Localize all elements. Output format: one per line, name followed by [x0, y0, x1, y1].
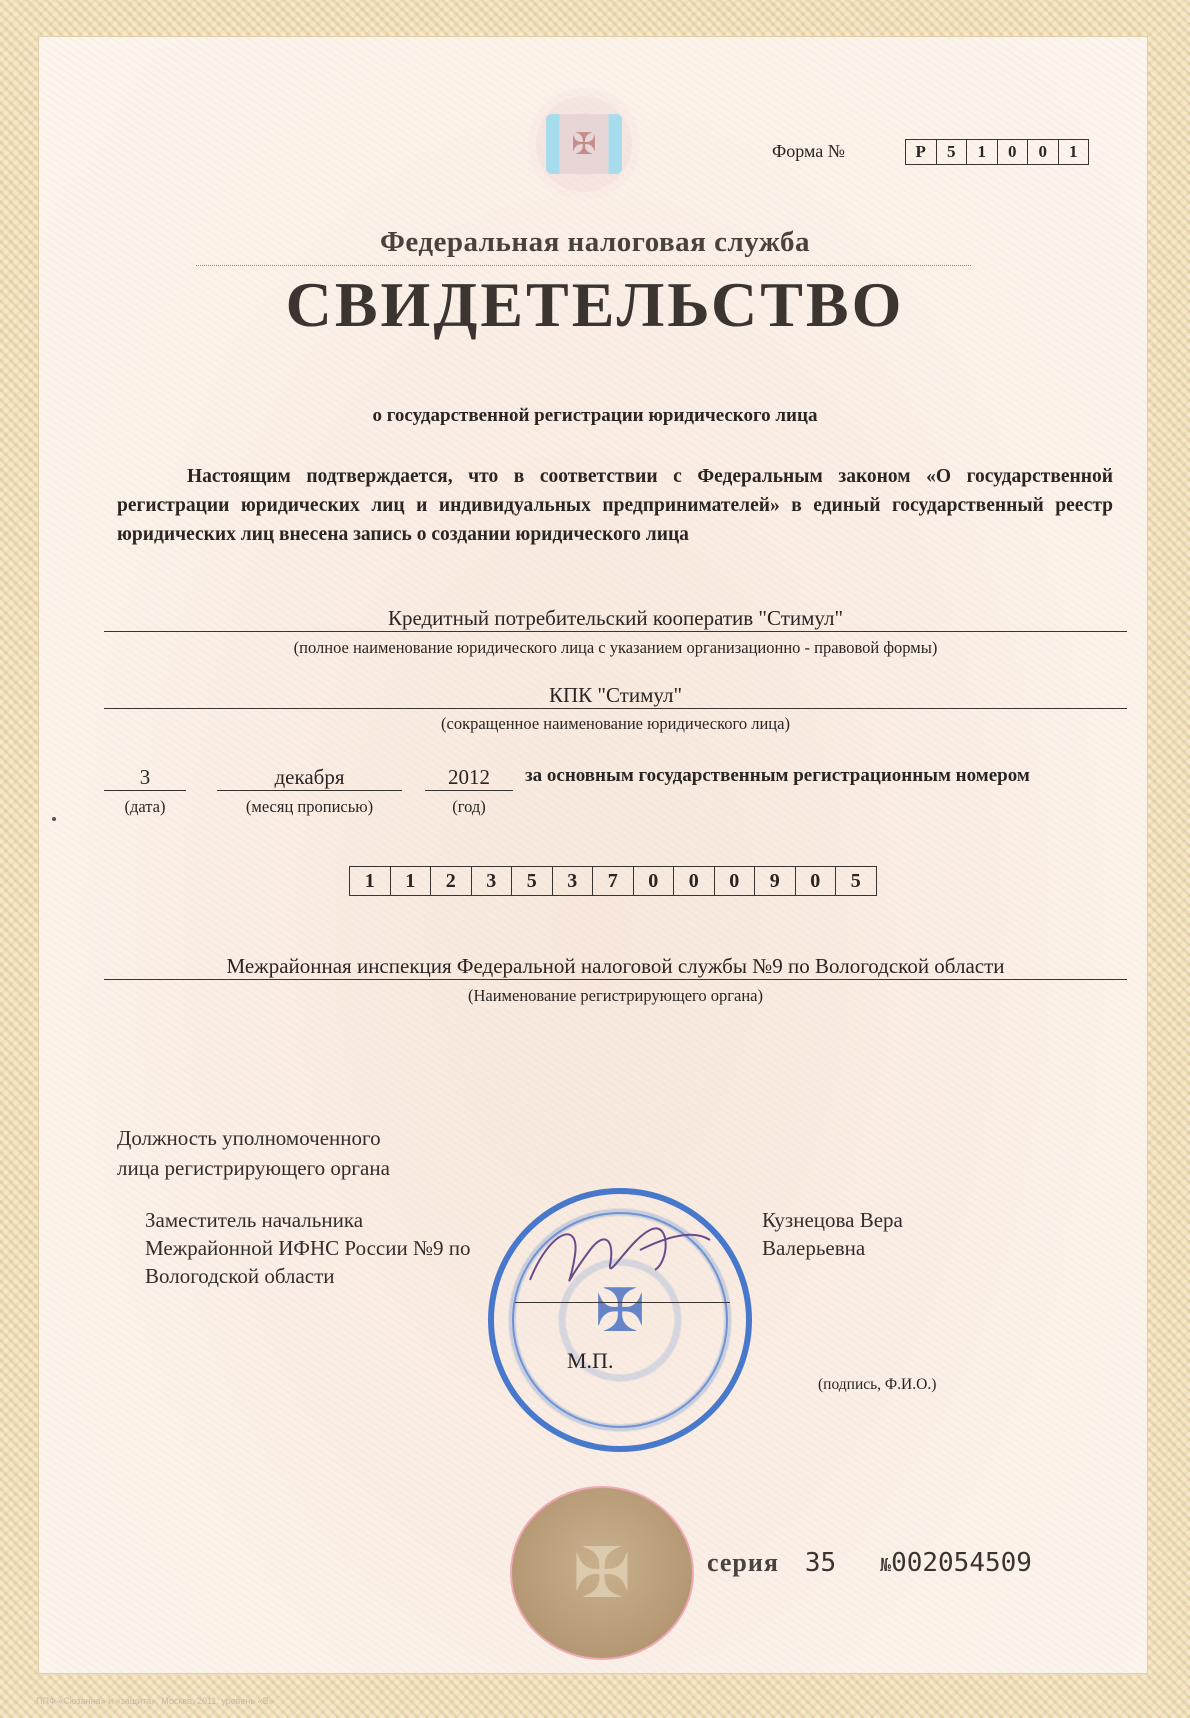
- stamp-place-label: М.П.: [567, 1348, 613, 1374]
- serial-number-value: №002054509: [880, 1548, 1032, 1578]
- ogrn-cell: 1: [391, 867, 432, 895]
- agency-name: Федеральная налоговая служба: [0, 226, 1190, 259]
- serial-series: 35: [805, 1548, 836, 1578]
- date-year-caption: (год): [425, 797, 513, 817]
- full-name-caption: (полное наименование юридического лица с…: [104, 638, 1127, 658]
- handwritten-signature-icon: [520, 1210, 720, 1310]
- registering-authority-field: Межрайонная инспекция Федеральной налого…: [104, 954, 1127, 980]
- form-cell: Р: [906, 140, 937, 164]
- date-day-caption: (дата): [104, 797, 186, 817]
- registering-authority-caption: (Наименование регистрирующего органа): [104, 986, 1127, 1006]
- ogrn-cell: 2: [431, 867, 472, 895]
- official-position-heading: Должность уполномоченного лица регистрир…: [117, 1123, 390, 1183]
- ogrn-cell: 3: [553, 867, 594, 895]
- ogrn-cell: 5: [512, 867, 553, 895]
- official-position: Заместитель начальника Межрайонной ИФНС …: [145, 1206, 471, 1290]
- certificate-title: СВИДЕТЕЛЬСТВО: [0, 268, 1190, 342]
- short-name-caption: (сокращенное наименование юридического л…: [104, 714, 1127, 734]
- date-year-field: 2012: [425, 765, 513, 791]
- date-month-field: декабря: [217, 765, 402, 791]
- short-name-field: КПК "Стимул": [104, 683, 1127, 709]
- ogrn-cell: 0: [796, 867, 837, 895]
- official-name: Кузнецова Вера Валерьевна: [762, 1206, 903, 1262]
- scan-dot: [52, 817, 56, 821]
- printer-note: ППФ «Сюзанна» и «защита», Москва, 2011, …: [36, 1696, 274, 1706]
- full-name-field: Кредитный потребительский кооператив "Ст…: [104, 606, 1127, 632]
- serial-number: серия 35 №002054509: [707, 1548, 1032, 1578]
- ogrn-cell: 5: [836, 867, 876, 895]
- signature-caption: (подпись, Ф.И.О.): [818, 1376, 936, 1394]
- form-number-label: Форма №: [772, 141, 845, 162]
- form-cell: 5: [937, 140, 968, 164]
- certificate-subtitle: о государственной регистрации юридическо…: [0, 405, 1190, 427]
- form-cell: 1: [967, 140, 998, 164]
- ogrn-cell: 9: [755, 867, 796, 895]
- confirmation-paragraph: Настоящим подтверждается, что в соответс…: [117, 462, 1113, 549]
- ogrn-cell: 0: [674, 867, 715, 895]
- ogrn-cell: 7: [593, 867, 634, 895]
- form-number-cells: Р 5 1 0 0 1: [905, 139, 1089, 165]
- ogrn-label: за основным государственным регистрацион…: [525, 765, 1030, 787]
- ogrn-cell: 1: [350, 867, 391, 895]
- ogrn-cell: 0: [715, 867, 756, 895]
- hologram-emblem-icon: ✠: [528, 88, 640, 200]
- form-cell: 0: [998, 140, 1029, 164]
- date-day-field: 3: [104, 765, 186, 791]
- double-headed-eagle-icon: ✠: [546, 114, 622, 174]
- ogrn-cell: 0: [634, 867, 675, 895]
- form-cell: 1: [1059, 140, 1089, 164]
- ogrn-number-cells: 1 1 2 3 5 3 7 0 0 0 9 0 5: [349, 866, 877, 896]
- embossed-seal-icon: ✠: [510, 1486, 694, 1660]
- form-cell: 0: [1028, 140, 1059, 164]
- serial-word: серия: [707, 1548, 779, 1578]
- date-month-caption: (месяц прописью): [217, 797, 402, 817]
- agency-divider: [196, 265, 971, 266]
- ogrn-cell: 3: [472, 867, 513, 895]
